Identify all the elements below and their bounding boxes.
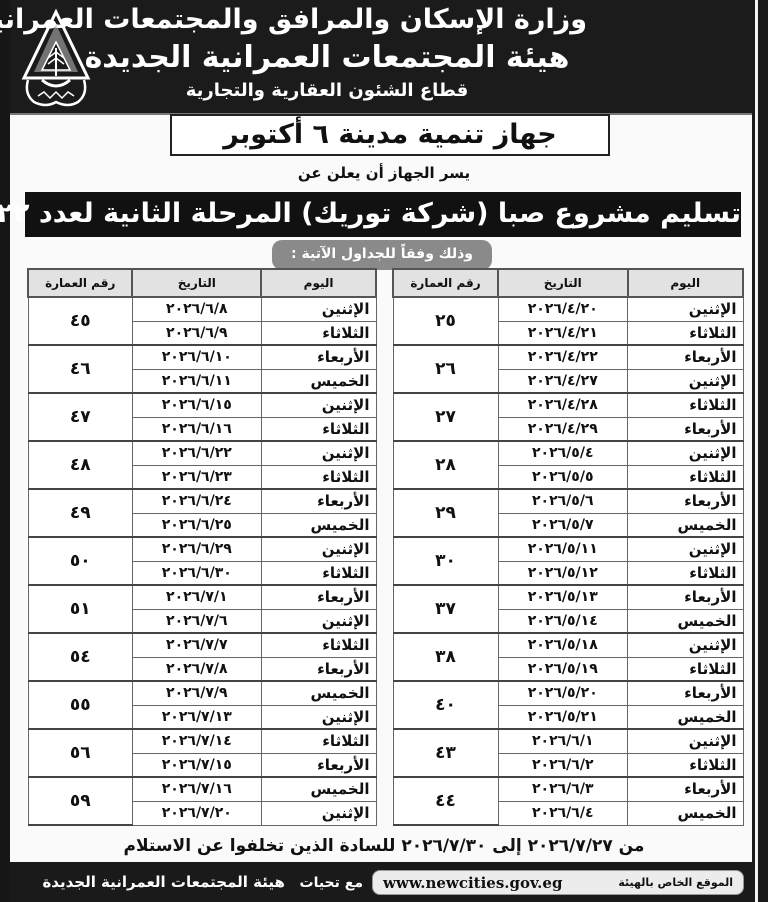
date-cell: ٢٠٢٦/٥/١٣	[498, 585, 628, 609]
day-cell: الثلاثاء	[628, 321, 744, 345]
day-cell: الخميس	[628, 513, 744, 537]
building-number-cell: ٤٤	[393, 777, 498, 825]
date-cell: ٢٠٢٦/٦/١	[498, 729, 628, 753]
day-cell: الإثنين	[628, 633, 744, 657]
schedule-table-left: اليوم التاريخ رقم العمارة الإثنين٢٠٢٦/٦/…	[27, 268, 377, 826]
date-cell: ٢٠٢٦/٥/٤	[498, 441, 628, 465]
date-cell: ٢٠٢٦/٧/١٦	[132, 777, 261, 801]
building-number-cell: ٥١	[28, 585, 132, 633]
date-cell: ٢٠٢٦/٦/٣٠	[132, 561, 261, 585]
date-cell: ٢٠٢٦/٦/٨	[132, 297, 261, 321]
date-cell: ٢٠٢٦/٤/٢٩	[498, 417, 628, 441]
day-cell: الأربعاء	[628, 489, 744, 513]
date-cell: ٢٠٢٦/٤/٢٠	[498, 297, 628, 321]
day-cell: الإثنين	[628, 729, 744, 753]
date-cell: ٢٠٢٦/٥/٦	[498, 489, 628, 513]
day-cell: الأربعاء	[628, 345, 744, 369]
day-cell: الإثنين	[261, 801, 376, 825]
day-cell: الأربعاء	[261, 753, 376, 777]
day-cell: الإثنين	[628, 441, 744, 465]
ncua-logo-icon	[18, 8, 94, 110]
day-cell: الثلاثاء	[261, 417, 376, 441]
table-row: الإثنين٢٠٢٦/٥/١٨٣٨	[393, 633, 743, 657]
date-cell: ٢٠٢٦/٦/٢٤	[132, 489, 261, 513]
day-cell: الأربعاء	[261, 657, 376, 681]
day-cell: الثلاثاء	[628, 753, 744, 777]
table-row: الإثنين٢٠٢٦/٦/٨٤٥	[28, 297, 376, 321]
website-link[interactable]: www.newcities.gov.eg	[383, 874, 562, 892]
website-label: الموقع الخاص بالهيئة	[618, 876, 733, 889]
day-cell: الثلاثاء	[628, 465, 744, 489]
date-cell: ٢٠٢٦/٦/٣	[498, 777, 628, 801]
date-cell: ٢٠٢٦/٦/٢٢	[132, 441, 261, 465]
building-number-cell: ٣٨	[393, 633, 498, 681]
day-cell: الثلاثاء	[261, 633, 376, 657]
date-cell: ٢٠٢٦/٧/٢٠	[132, 801, 261, 825]
table-row: الإثنين٢٠٢٦/٦/١٥٤٧	[28, 393, 376, 417]
building-number-cell: ٢٧	[393, 393, 498, 441]
day-cell: الأربعاء	[261, 489, 376, 513]
day-cell: الثلاثاء	[628, 561, 744, 585]
day-cell: الخميس	[261, 777, 376, 801]
day-cell: الإثنين	[261, 393, 376, 417]
date-cell: ٢٠٢٦/٦/٢٥	[132, 513, 261, 537]
date-cell: ٢٠٢٦/٧/١	[132, 585, 261, 609]
sector-name: قطاع الشئون العقارية والتجارية	[67, 80, 587, 101]
intro-text: يسر الجهاز أن يعلن عن	[0, 164, 768, 182]
day-cell: الثلاثاء	[628, 393, 744, 417]
date-cell: ٢٠٢٦/٤/٢٧	[498, 369, 628, 393]
table-row: الإثنين٢٠٢٦/٤/٢٠٢٥	[393, 297, 743, 321]
table-row: الأربعاء٢٠٢٦/٤/٢٢٢٦	[393, 345, 743, 369]
day-cell: الخميس	[261, 369, 376, 393]
day-cell: الإثنين	[261, 537, 376, 561]
day-cell: الثلاثاء	[628, 657, 744, 681]
building-number-cell: ٥٠	[28, 537, 132, 585]
table-row: الأربعاء٢٠٢٦/٥/٢٠٤٠	[393, 681, 743, 705]
building-number-cell: ٢٩	[393, 489, 498, 537]
col-header-building: رقم العمارة	[28, 269, 132, 297]
building-number-cell: ٥٤	[28, 633, 132, 681]
day-cell: الخميس	[261, 513, 376, 537]
day-cell: الخميس	[628, 609, 744, 633]
date-cell: ٢٠٢٦/٥/١٩	[498, 657, 628, 681]
building-number-cell: ٤٧	[28, 393, 132, 441]
col-header-day: اليوم	[261, 269, 376, 297]
day-cell: الأربعاء	[261, 345, 376, 369]
date-cell: ٢٠٢٦/٤/٢٢	[498, 345, 628, 369]
date-cell: ٢٠٢٦/٦/١١	[132, 369, 261, 393]
date-cell: ٢٠٢٦/٥/٢١	[498, 705, 628, 729]
day-cell: الأربعاء	[261, 585, 376, 609]
authority-name: هيئة المجتمعات العمرانية الجديدة	[67, 40, 587, 75]
building-number-cell: ٤٥	[28, 297, 132, 345]
col-header-date: التاريخ	[132, 269, 261, 297]
building-number-cell: ٤٣	[393, 729, 498, 777]
building-number-cell: ٢٦	[393, 345, 498, 393]
col-header-date: التاريخ	[498, 269, 628, 297]
day-cell: الإثنين	[261, 441, 376, 465]
date-cell: ٢٠٢٦/٦/٤	[498, 801, 628, 825]
table-row: الثلاثاء٢٠٢٦/٧/٧٥٤	[28, 633, 376, 657]
day-cell: الخميس	[628, 801, 744, 825]
col-header-building: رقم العمارة	[393, 269, 498, 297]
website-box: الموقع الخاص بالهيئة www.newcities.gov.e…	[372, 870, 744, 895]
date-cell: ٢٠٢٦/٧/١٣	[132, 705, 261, 729]
building-number-cell: ٣٧	[393, 585, 498, 633]
day-cell: الإثنين	[628, 297, 744, 321]
col-header-day: اليوم	[628, 269, 744, 297]
building-number-cell: ٥٥	[28, 681, 132, 729]
date-cell: ٢٠٢٦/٥/١٤	[498, 609, 628, 633]
greeting-org: هيئة المجتمعات العمرانية الجديدة	[42, 873, 284, 891]
date-cell: ٢٠٢٦/٧/٦	[132, 609, 261, 633]
table-row: الإثنين٢٠٢٦/٥/٤٢٨	[393, 441, 743, 465]
date-cell: ٢٠٢٦/٦/١٠	[132, 345, 261, 369]
table-row: الأربعاء٢٠٢٦/٦/٣٤٤	[393, 777, 743, 801]
building-number-cell: ٤٩	[28, 489, 132, 537]
header: وزارة الإسكان والمرافق والمجتمعات العمرا…	[10, 0, 752, 115]
table-row: الإثنين٢٠٢٦/٦/٢٢٤٨	[28, 441, 376, 465]
day-cell: الثلاثاء	[261, 321, 376, 345]
date-cell: ٢٠٢٦/٦/٩	[132, 321, 261, 345]
schedule-subheading: وذلك وفقاً للجداول الآتية :	[272, 240, 492, 270]
date-cell: ٢٠٢٦/٦/٢٩	[132, 537, 261, 561]
table-row: الثلاثاء٢٠٢٦/٤/٢٨٢٧	[393, 393, 743, 417]
day-cell: الإثنين	[261, 609, 376, 633]
building-number-cell: ٤٦	[28, 345, 132, 393]
day-cell: الأربعاء	[628, 585, 744, 609]
building-number-cell: ٢٨	[393, 441, 498, 489]
date-cell: ٢٠٢٦/٧/٨	[132, 657, 261, 681]
building-number-cell: ٥٦	[28, 729, 132, 777]
ministry-name: وزارة الإسكان والمرافق والمجتمعات العمرا…	[67, 4, 587, 35]
building-number-cell: ٤٨	[28, 441, 132, 489]
building-number-cell: ٢٥	[393, 297, 498, 345]
day-cell: الثلاثاء	[261, 729, 376, 753]
day-cell: الإثنين	[628, 369, 744, 393]
table-header-row: اليوم التاريخ رقم العمارة	[28, 269, 376, 297]
date-cell: ٢٠٢٦/٤/٢١	[498, 321, 628, 345]
date-cell: ٢٠٢٦/٦/٢	[498, 753, 628, 777]
table-row: الإثنين٢٠٢٦/٦/١٤٣	[393, 729, 743, 753]
table-row: الأربعاء٢٠٢٦/٦/١٠٤٦	[28, 345, 376, 369]
table-row: الأربعاء٢٠٢٦/٧/١٥١	[28, 585, 376, 609]
day-cell: الأربعاء	[628, 417, 744, 441]
late-collection-note: من ٢٠٢٦/٧/٢٧ إلى ٢٠٢٦/٧/٣٠ للسادة الذين …	[0, 836, 768, 856]
table-row: الخميس٢٠٢٦/٧/١٦٥٩	[28, 777, 376, 801]
date-cell: ٢٠٢٦/٥/٢٠	[498, 681, 628, 705]
building-number-cell: ٤٠	[393, 681, 498, 729]
date-cell: ٢٠٢٦/٦/١٦	[132, 417, 261, 441]
date-cell: ٢٠٢٦/٦/١٥	[132, 393, 261, 417]
day-cell: الأربعاء	[628, 777, 744, 801]
day-cell: الخميس	[628, 705, 744, 729]
building-number-cell: ٣٠	[393, 537, 498, 585]
table-row: الإثنين٢٠٢٦/٦/٢٩٥٠	[28, 537, 376, 561]
date-cell: ٢٠٢٦/٧/١٥	[132, 753, 261, 777]
date-cell: ٢٠٢٦/٧/١٤	[132, 729, 261, 753]
table-row: الأربعاء٢٠٢٦/٥/١٣٣٧	[393, 585, 743, 609]
table-row: الأربعاء٢٠٢٦/٦/٢٤٤٩	[28, 489, 376, 513]
day-cell: الأربعاء	[628, 681, 744, 705]
greeting-prefix: مع تحيات	[300, 875, 364, 891]
greeting: مع تحيات هيئة المجتمعات العمرانية الجديد…	[18, 870, 363, 895]
right-border-band	[752, 0, 768, 902]
table-row: الخميس٢٠٢٦/٧/٩٥٥	[28, 681, 376, 705]
day-cell: الإثنين	[261, 705, 376, 729]
table-row: الأربعاء٢٠٢٦/٥/٦٢٩	[393, 489, 743, 513]
building-number-cell: ٥٩	[28, 777, 132, 825]
date-cell: ٢٠٢٦/٦/٢٣	[132, 465, 261, 489]
page-title: جهاز تنمية مدينة ٦ أكتوبر	[170, 114, 610, 156]
announcement-page: وزارة الإسكان والمرافق والمجتمعات العمرا…	[0, 0, 768, 902]
table-row: الإثنين٢٠٢٦/٥/١١٣٠	[393, 537, 743, 561]
day-cell: الثلاثاء	[261, 465, 376, 489]
day-cell: الإثنين	[628, 537, 744, 561]
footer-bar: الموقع الخاص بالهيئة www.newcities.gov.e…	[10, 862, 752, 902]
date-cell: ٢٠٢٦/٥/١٨	[498, 633, 628, 657]
date-cell: ٢٠٢٦/٧/٧	[132, 633, 261, 657]
date-cell: ٢٠٢٦/٤/٢٨	[498, 393, 628, 417]
announcement-banner: تسليم مشروع صبا (شركة توريك) المرحلة الث…	[25, 192, 741, 237]
day-cell: الإثنين	[261, 297, 376, 321]
schedule-table-right: اليوم التاريخ رقم العمارة الإثنين٢٠٢٦/٤/…	[392, 268, 744, 826]
date-cell: ٢٠٢٦/٥/٥	[498, 465, 628, 489]
table-header-row: اليوم التاريخ رقم العمارة	[393, 269, 743, 297]
date-cell: ٢٠٢٦/٧/٩	[132, 681, 261, 705]
date-cell: ٢٠٢٦/٥/١١	[498, 537, 628, 561]
date-cell: ٢٠٢٦/٥/١٢	[498, 561, 628, 585]
date-cell: ٢٠٢٦/٥/٧	[498, 513, 628, 537]
day-cell: الخميس	[261, 681, 376, 705]
day-cell: الثلاثاء	[261, 561, 376, 585]
table-row: الثلاثاء٢٠٢٦/٧/١٤٥٦	[28, 729, 376, 753]
